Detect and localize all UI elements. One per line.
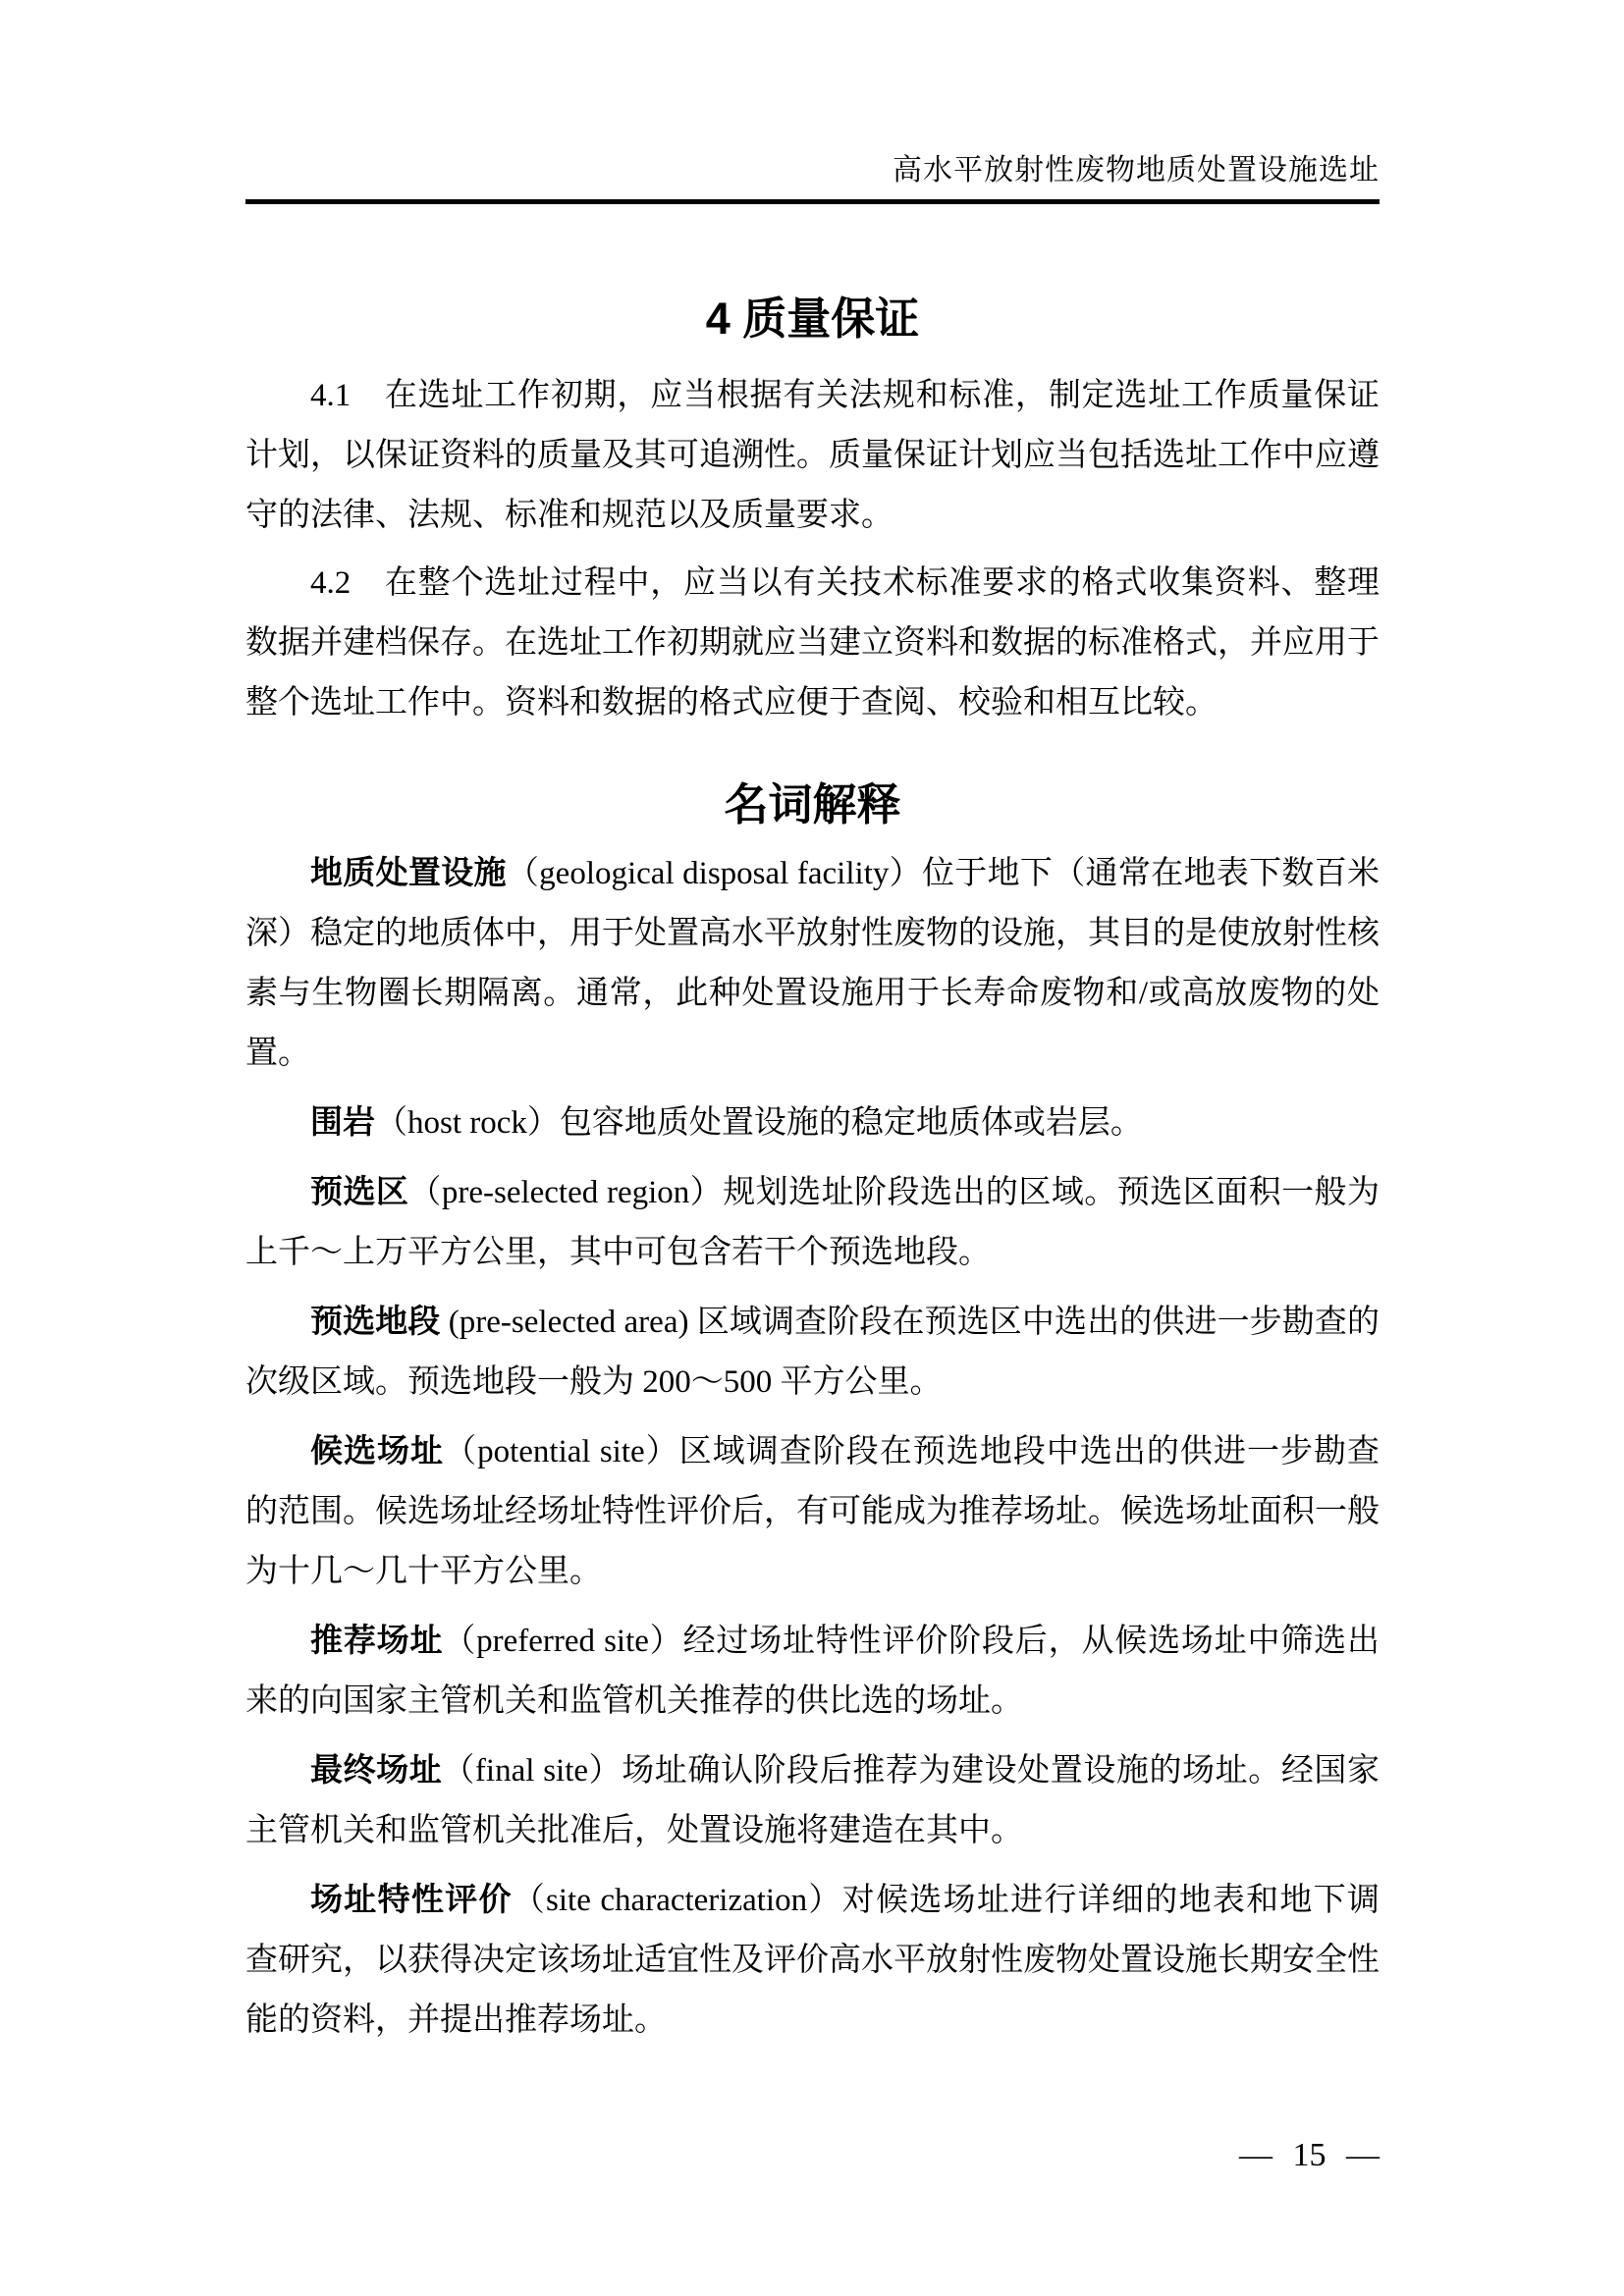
glossary-title: 名词解释 [245, 779, 1380, 830]
term-english: （pre-selected region） [408, 1175, 723, 1210]
glossary-entry: 候选场址（potential site）区域调查阶段在预选地段中选出的供进一步勘… [245, 1420, 1380, 1602]
term-english: (pre-selected area) [440, 1305, 696, 1340]
glossary-entry: 预选地段 (pre-selected area) 区域调查阶段在预选区中选出的供… [245, 1291, 1380, 1413]
section-4-title: 4 质量保证 [245, 294, 1380, 345]
glossary-entry: 最终场址（final site）场址确认阶段后推荐为建设处置设施的场址。经国家主… [245, 1739, 1380, 1861]
glossary-entry: 预选区（pre-selected region）规划选址阶段选出的区域。预选区面… [245, 1161, 1380, 1283]
glossary-entry: 推荐场址（preferred site）经过场址特性评价阶段后，从候选场址中筛选… [245, 1610, 1380, 1732]
document-page: 高水平放射性废物地质处置设施选址 4 质量保证 4.1 在选址工作初期，应当根据… [0, 0, 1624, 2296]
glossary-list: 地质处置设施（geological disposal facility）位于地下… [245, 842, 1380, 2051]
term-definition: 包容地质处置设施的稳定地质体或岩层。 [560, 1105, 1143, 1141]
glossary-entry: 地质处置设施（geological disposal facility）位于地下… [245, 842, 1380, 1084]
paragraph-4-2: 4.2 在整个选址过程中，应当以有关技术标准要求的格式收集资料、整理数据并建档保… [245, 554, 1380, 733]
term-name: 预选区 [310, 1173, 408, 1209]
term-english: （host rock） [375, 1105, 560, 1141]
term-english: （geological disposal facility） [507, 856, 922, 891]
term-english: （site characterization） [513, 1883, 842, 1918]
page-number: — 15 — [1239, 2138, 1380, 2173]
running-header-text: 高水平放射性废物地质处置设施选址 [245, 155, 1380, 187]
glossary-entry: 场址特性评价（site characterization）对候选场址进行详细的地… [245, 1869, 1380, 2051]
paragraph-4-1: 4.1 在选址工作初期，应当根据有关法规和标准，制定选址工作质量保证计划，以保证… [245, 366, 1380, 546]
page-body: 4 质量保证 4.1 在选址工作初期，应当根据有关法规和标准，制定选址工作质量保… [245, 294, 1380, 2051]
term-name: 候选场址 [310, 1432, 444, 1468]
term-name: 场址特性评价 [310, 1881, 513, 1917]
term-english: （final site） [442, 1753, 622, 1789]
glossary-entry: 围岩（host rock）包容地质处置设施的稳定地质体或岩层。 [245, 1092, 1380, 1153]
term-name: 推荐场址 [310, 1622, 443, 1658]
term-name: 地质处置设施 [310, 854, 507, 890]
term-name: 围岩 [310, 1103, 375, 1140]
page-header: 高水平放射性废物地质处置设施选址 [245, 155, 1380, 204]
term-english: （preferred site） [443, 1624, 682, 1659]
term-english: （potential site） [444, 1434, 679, 1469]
term-name: 最终场址 [310, 1751, 442, 1788]
header-rule [245, 199, 1380, 204]
term-name: 预选地段 [310, 1303, 440, 1339]
